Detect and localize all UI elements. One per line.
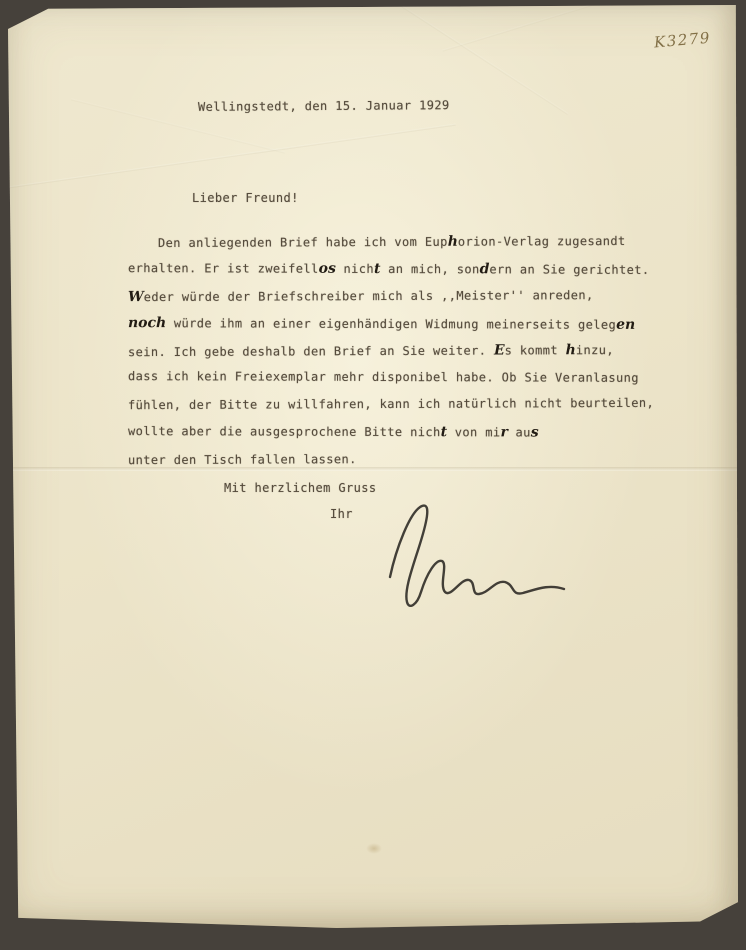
- typed-text: dass ich kein Freiexemplar mehr disponib…: [128, 369, 639, 385]
- typed-text: erhalten. Er ist zweifell: [128, 261, 319, 276]
- letter-line: sein. Ich gebe deshalb den Brief an Sie …: [128, 342, 654, 371]
- catalog-mark: K3279: [653, 29, 711, 52]
- letter-line: erhalten. Er ist zweifellos nicht an mic…: [128, 260, 654, 289]
- letter-line: noch würde ihm an einer eigenhändigen Wi…: [128, 315, 654, 344]
- paper-crease: [0, 124, 456, 193]
- letter-line: wollte aber die ausgesprochene Bitte nic…: [128, 423, 654, 452]
- typed-text: fühlen, der Bitte zu willfahren, kann ic…: [128, 396, 654, 412]
- typed-text: Den anliegenden Brief habe ich vom Eup: [158, 235, 448, 250]
- handwritten-correction: noch: [128, 315, 166, 331]
- letter-line: Weder würde der Briefschreiber mich als …: [128, 287, 654, 316]
- typed-text: nich: [336, 262, 374, 276]
- typed-text: an mich, son: [380, 262, 479, 276]
- typed-text: ern an Sie gerichtet.: [489, 263, 649, 278]
- typed-text: orion-Verlag zugesandt: [458, 234, 626, 249]
- typed-text: s kommt: [505, 343, 566, 357]
- letter-line: fühlen, der Bitte zu willfahren, kann ic…: [128, 396, 654, 425]
- typed-text: inzu,: [576, 343, 614, 357]
- typed-text: würde ihm an einer eigenhändigen Widmung…: [166, 316, 616, 332]
- typed-text: sein. Ich gebe deshalb den Brief an Sie …: [128, 343, 494, 359]
- handwritten-correction: E: [494, 342, 505, 358]
- letter-sheet: K3279 Wellingstedt, den 15. Januar 1929 …: [8, 5, 738, 928]
- typed-text: unter den Tisch fallen lassen.: [128, 452, 357, 467]
- handwritten-correction: s: [531, 425, 539, 441]
- closing-line: Mit herzlichem Gruss: [224, 481, 377, 495]
- handwritten-correction: r: [500, 425, 507, 441]
- handwritten-correction: d: [480, 261, 490, 277]
- paper-crease: [442, 0, 643, 52]
- handwritten-correction: W: [128, 289, 144, 305]
- handwritten-correction: os: [319, 261, 336, 277]
- dateline: Wellingstedt, den 15. Januar 1929: [198, 98, 450, 114]
- signature-intro: Ihr: [330, 507, 353, 521]
- handwritten-correction: h: [448, 234, 458, 250]
- letter-line: unter den Tisch fallen lassen.: [128, 450, 654, 479]
- typed-text: eder würde der Briefschreiber mich als ,…: [144, 288, 594, 304]
- typed-text: wollte aber die ausgesprochene Bitte nic…: [128, 424, 441, 439]
- handwritten-correction: h: [566, 342, 576, 358]
- typed-text: von mi: [447, 426, 500, 440]
- letter-body: Den anliegenden Brief habe ich vom Eupho…: [128, 234, 654, 479]
- handwritten-correction: en: [616, 316, 635, 332]
- letter-line: Den anliegenden Brief habe ich vom Eupho…: [128, 233, 654, 262]
- typed-text: au: [508, 426, 531, 440]
- salutation: Lieber Freund!: [192, 191, 299, 205]
- paper-stain: [366, 843, 382, 854]
- handwritten-signature-icon: [360, 497, 590, 607]
- letter-line: dass ich kein Freiexemplar mehr disponib…: [128, 369, 654, 398]
